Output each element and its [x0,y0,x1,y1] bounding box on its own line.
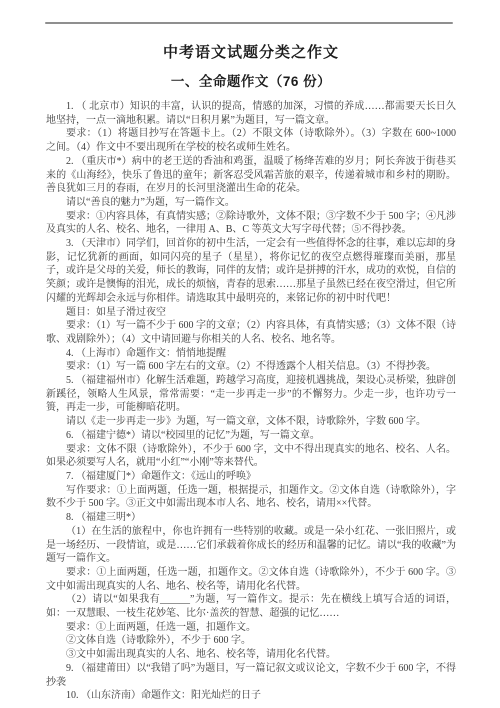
section-heading: 一、全命题作文（76 份） [46,73,456,90]
paragraph: 6. （福建宁德*）请以“校园里的记忆”为题，写一篇文章。 [46,429,456,443]
paragraph: 9. （福建莆田）以“我错了吗”为题目，写一篇记叙文或议论文，字数不少于 600… [46,662,456,689]
paragraph: 题目：如星子滑过夜空 [46,306,456,320]
paragraph: （2）请以“如果我有______”为题，写一篇作文。提示：先在横线上填写合适的词… [46,593,456,620]
paragraph: ③文中如需出现真实的人名、地名、校名等，请用化名代替。 [46,648,456,662]
paragraph: 要求：①上面两题，任选一题，扣题作文。②文体自选（诗歌除外），不少于 600 字… [46,566,456,593]
paragraph: ②文体自选（诗歌除外），不少于 600 字。 [46,634,456,648]
paragraph: 要求：①内容具体，有真情实感；②除诗歌外，文体不限；③字数不少于 500 字；④… [46,210,456,237]
paragraph: 2. （重庆市*）病中的老王送的香油和鸡蛋，温暖了杨绛苦难的岁月；阿长奔波于街巷… [46,155,456,196]
paragraph: 要求：（1）写一篇不少于 600 字的文章；（2）内容具体，有真情实感；（3）文… [46,319,456,346]
paragraph: 8. （福建三明*） [46,511,456,525]
paragraph: 要求：文体不限（诗歌除外），不少于 600 字，文中不得出现真实的地名、校名、人… [46,443,456,470]
document-body: 1. （ 北京市）知识的丰富，认识的提高，情感的加深，习惯的养成……都需要天长日… [46,100,456,703]
paragraph: 要求：（1）将题目抄写在答题卡上。（2）不限文体（诗歌除外）。（3）字数在 60… [46,127,456,154]
paragraph: 4. （上海市）命题作文：悄悄地提醒 [46,347,456,361]
document-page: 中考语文试题分类之作文 一、全命题作文（76 份） 1. （ 北京市）知识的丰富… [0,0,500,708]
paragraph: 写作要求：①上面两题，任选一题，根据提示，扣题作文。②文体自选（诗歌除外），字数… [46,484,456,511]
document-title: 中考语文试题分类之作文 [46,44,456,62]
paragraph: 7. （福建厦门*）命题作文：《远山的呼唤》 [46,470,456,484]
paragraph: 要求：①上面两题，任选一题，扣题作文。 [46,621,456,635]
paragraph: 请以“善良的魅力”为题，写一篇作文。 [46,196,456,210]
paragraph: （1）在生活的旅程中，你也许拥有一些特别的收藏。或是一朵小红花、一张旧照片，或是… [46,525,456,566]
paragraph: 要求：（1）写一篇 600 字左右的文章。（2）不得透露个人相关信息。（3）不得… [46,360,456,374]
paragraph: 5. （福建福州市）化解生活难题，跨越学习高度，迎接机遇挑战，架设心灵桥梁，独辟… [46,374,456,415]
paragraph: 1. （ 北京市）知识的丰富，认识的提高，情感的加深，习惯的养成……都需要天长日… [46,100,456,127]
paragraph: 10. （山东济南）命题作文：阳光灿烂的日子 [46,689,456,703]
paragraph: 3. （天津市）同学们，回首你的初中生活，一定会有一些值得怀念的往事，难以忘却的… [46,237,456,306]
paragraph: 请以《走一步再走一步》为题，写一篇文章，文体不限，诗歌除外，字数 600 字。 [46,415,456,429]
page-top-edge-line [45,22,453,24]
